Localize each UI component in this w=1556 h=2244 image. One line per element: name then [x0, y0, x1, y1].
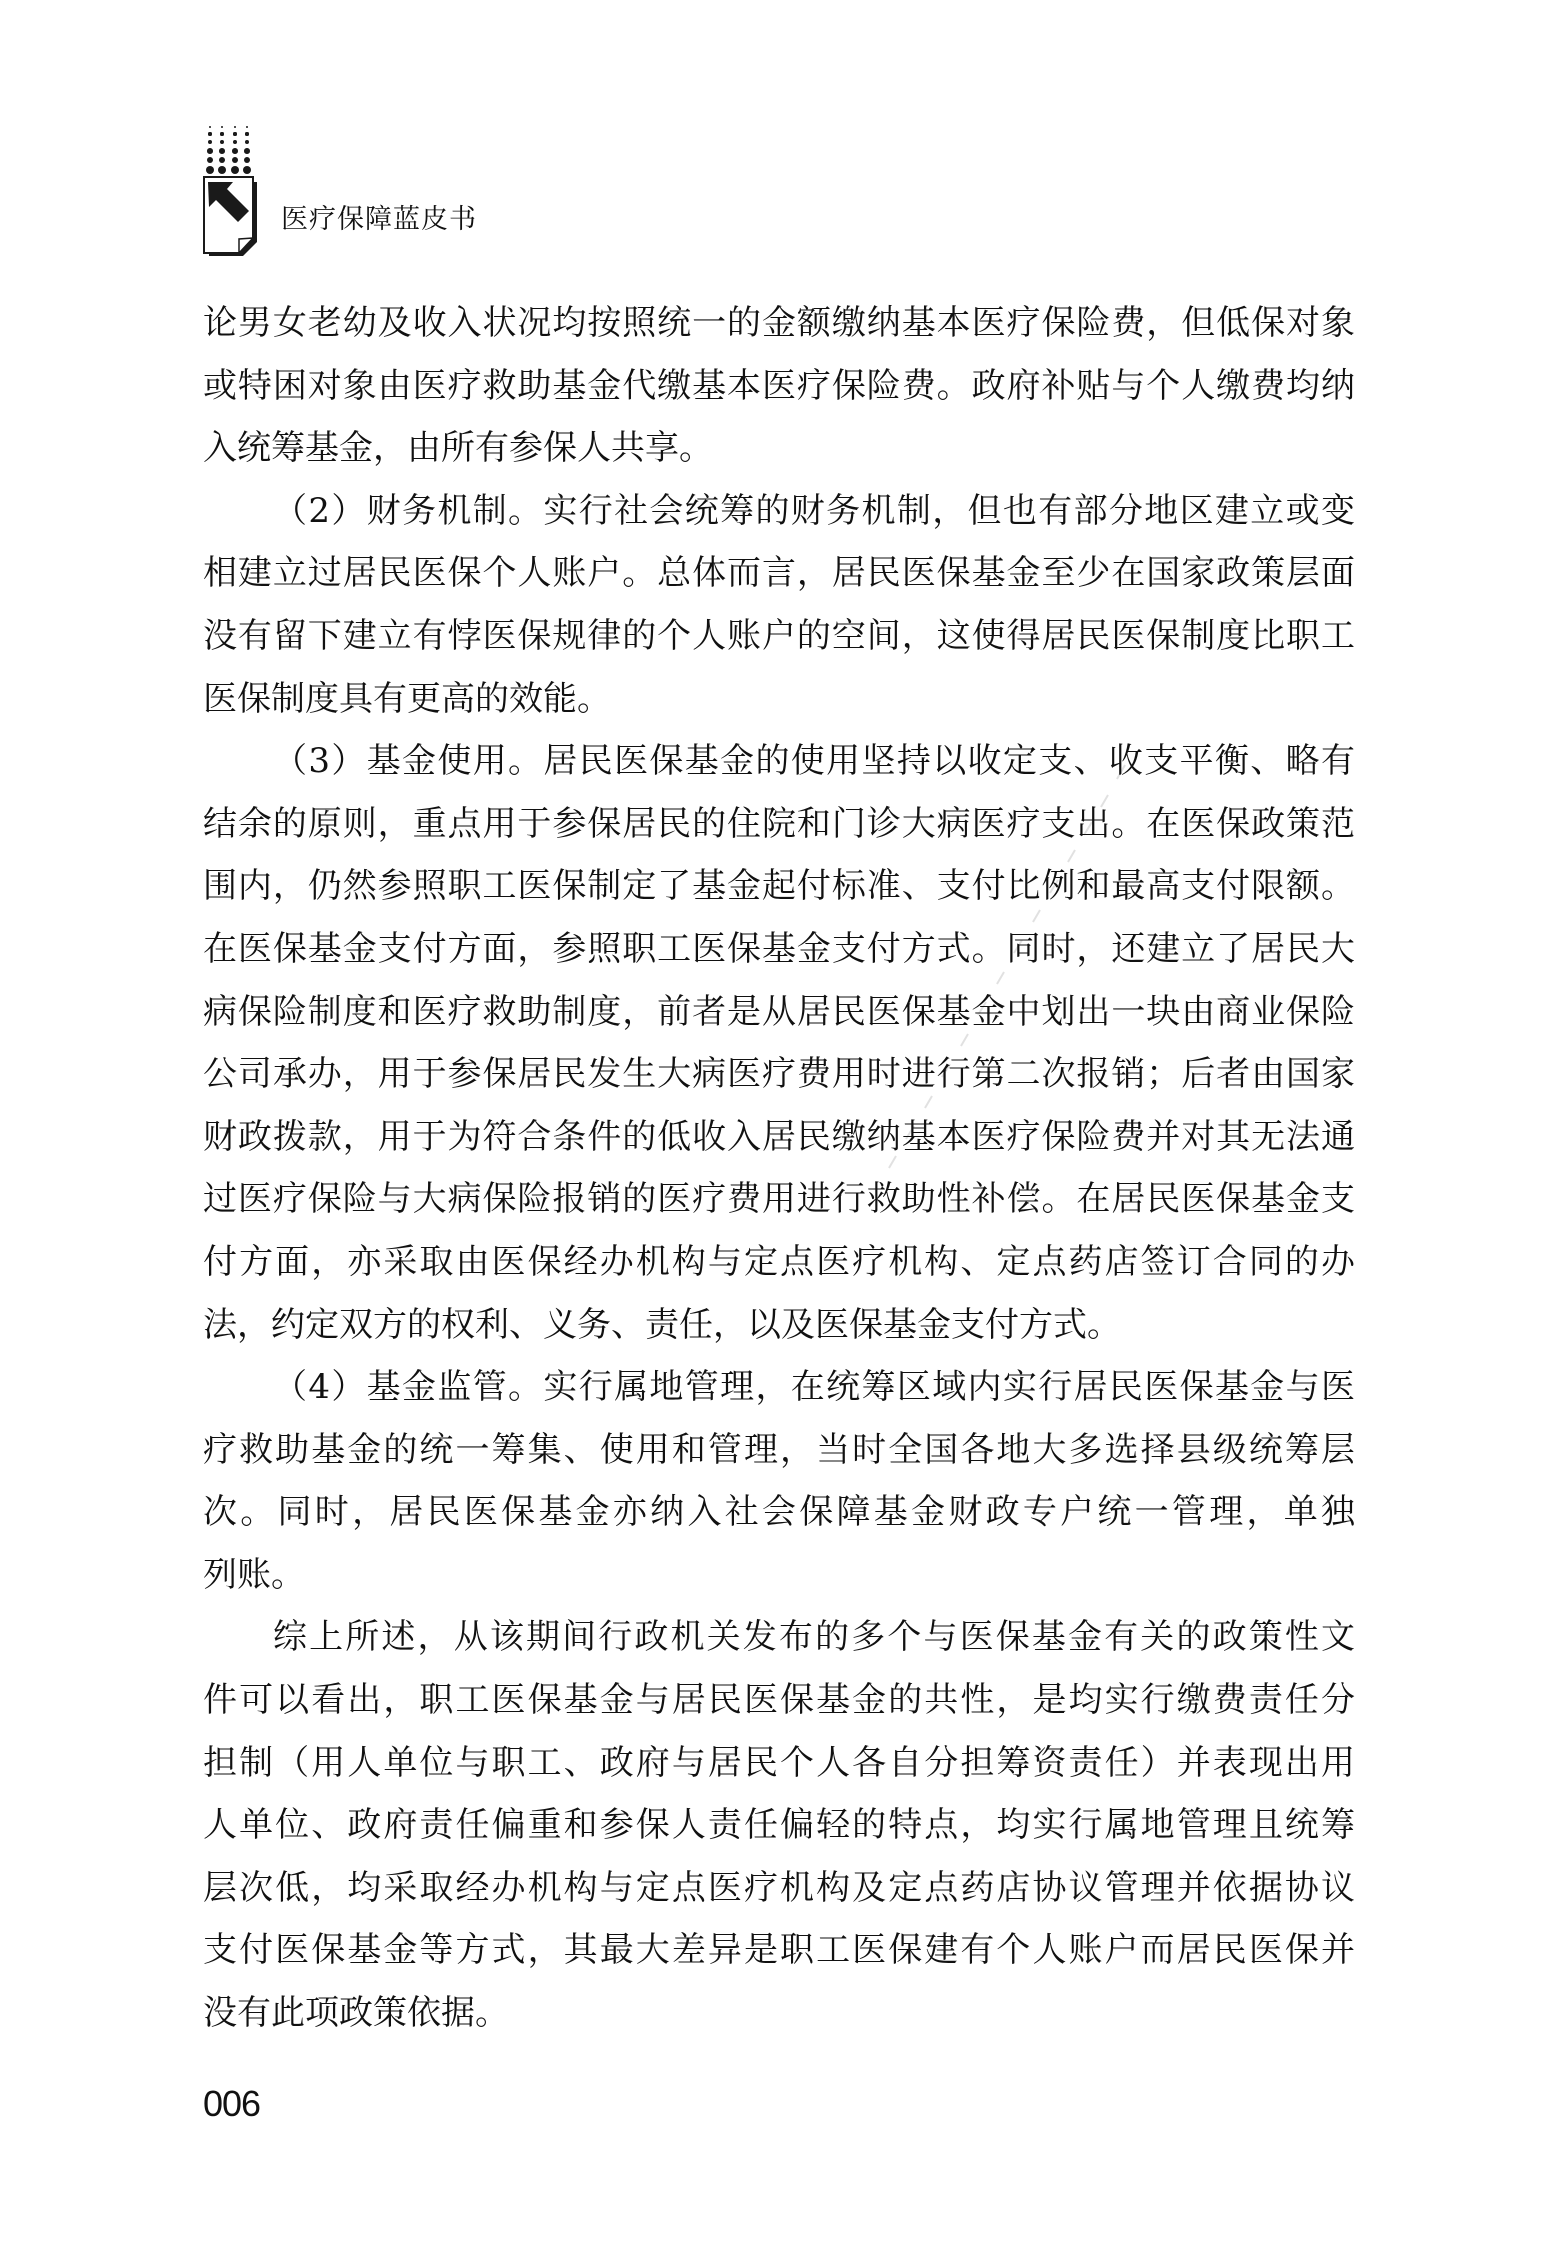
halftone-dot — [233, 140, 237, 144]
text-line: 没有留下建立有悖医保规律的个人账户的空间，这使得居民医保制度比职工 — [203, 605, 1355, 668]
halftone-dot — [219, 148, 225, 154]
text-line: 结余的原则，重点用于参保居民的住院和门诊大病医疗支出。在医保政策范 — [203, 793, 1355, 856]
text-line: 综上所述，从该期间行政机关发布的多个与医保基金有关的政策性文 — [203, 1606, 1355, 1669]
halftone-dot — [246, 126, 248, 128]
text-line: 列账。 — [203, 1544, 1355, 1607]
page-number: 006 — [203, 2084, 260, 2124]
halftone-dot — [207, 148, 213, 154]
halftone-dot — [233, 132, 236, 135]
text-line: 财政拨款，用于为符合条件的低收入居民缴纳基本医疗保险费并对其无法通 — [203, 1106, 1355, 1169]
halftone-dot — [244, 148, 250, 154]
halftone-dot — [244, 157, 251, 164]
paragraph: 论男女老幼及收入状况均按照统一的金额缴纳基本医疗保险费，但低保对象或特困对象由医… — [203, 292, 1355, 480]
halftone-dot — [221, 126, 223, 128]
text-line: 在医保基金支付方面，参照职工医保基金支付方式。同时，还建立了居民大 — [203, 918, 1355, 981]
paragraph: （3）基金使用。居民医保基金的使用坚持以收定支、收支平衡、略有结余的原则，重点用… — [203, 730, 1355, 1356]
halftone-dot — [218, 166, 226, 174]
halftone-dot — [232, 148, 238, 154]
paragraph: （2）财务机制。实行社会统筹的财务机制，但也有部分地区建立或变相建立过居民医保个… — [203, 480, 1355, 730]
halftone-dot — [245, 140, 249, 144]
halftone-dot — [220, 132, 223, 135]
text-line: 过医疗保险与大病保险报销的医疗费用进行救助性补偿。在居民医保基金支 — [203, 1168, 1355, 1231]
text-line: （4）基金监管。实行属地管理，在统筹区域内实行居民医保基金与医 — [203, 1356, 1355, 1419]
text-line: 医保制度具有更高的效能。 — [203, 668, 1355, 731]
text-line: 入统筹基金，由所有参保人共享。 — [203, 417, 1355, 480]
text-line: 或特困对象由医疗救助基金代缴基本医疗保险费。政府补贴与个人缴费均纳 — [203, 355, 1355, 418]
text-line: 论男女老幼及收入状况均按照统一的金额缴纳基本医疗保险费，但低保对象 — [203, 292, 1355, 355]
text-line: 法，约定双方的权利、义务、责任，以及医保基金支付方式。 — [203, 1294, 1355, 1357]
text-line: 付方面，亦采取由医保经办机构与定点医疗机构、定点药店签订合同的办 — [203, 1231, 1355, 1294]
text-line: 病保险制度和医疗救助制度，前者是从居民医保基金中划出一块由商业保险 — [203, 981, 1355, 1044]
halftone-dot — [208, 140, 212, 144]
text-line: 公司承办，用于参保居民发生大病医疗费用时进行第二次报销；后者由国家 — [203, 1043, 1355, 1106]
text-line: 没有此项政策依据。 — [203, 1982, 1355, 2045]
halftone-dots-icon — [203, 124, 259, 174]
text-line: 人单位、政府责任偏重和参保人责任偏轻的特点，均实行属地管理且统筹 — [203, 1794, 1355, 1857]
text-line: （3）基金使用。居民医保基金的使用坚持以收定支、收支平衡、略有 — [203, 730, 1355, 793]
halftone-dot — [207, 157, 214, 164]
body-text: 论男女老幼及收入状况均按照统一的金额缴纳基本医疗保险费，但低保对象或特困对象由医… — [203, 292, 1355, 2045]
halftone-dot — [234, 126, 236, 128]
text-line: 担制（用人单位与职工、政府与居民个人各自分担筹资责任）并表现出用 — [203, 1732, 1355, 1795]
text-line: （2）财务机制。实行社会统筹的财务机制，但也有部分地区建立或变 — [203, 480, 1355, 543]
paragraph: （4）基金监管。实行属地管理，在统筹区域内实行居民医保基金与医疗救助基金的统一筹… — [203, 1356, 1355, 1606]
halftone-dot — [232, 157, 239, 164]
series-logo — [203, 124, 259, 258]
text-line: 支付医保基金等方式，其最大差异是职工医保建有个人账户而居民医保并 — [203, 1919, 1355, 1982]
text-line: 围内，仍然参照职工医保制定了基金起付标准、支付比例和最高支付限额。 — [203, 855, 1355, 918]
text-line: 相建立过居民医保个人账户。总体而言，居民医保基金至少在国家政策层面 — [203, 542, 1355, 605]
halftone-dot — [243, 166, 251, 174]
book-page: 医疗保障蓝皮书 论男女老幼及收入状况均按照统一的金额缴纳基本医疗保险费，但低保对… — [0, 0, 1556, 2244]
book-series-title: 医疗保障蓝皮书 — [281, 204, 477, 236]
halftone-dot — [220, 140, 224, 144]
text-line: 层次低，均采取经办机构与定点医疗机构及定点药店协议管理并依据协议 — [203, 1857, 1355, 1920]
halftone-dot — [245, 132, 248, 135]
text-line: 疗救助基金的统一筹集、使用和管理，当时全国各地大多选择县级统筹层 — [203, 1419, 1355, 1482]
document-arrow-logo-icon — [203, 176, 259, 258]
halftone-dot — [206, 166, 214, 174]
halftone-dot — [231, 166, 239, 174]
text-line: 次。同时，居民医保基金亦纳入社会保障基金财政专户统一管理，单独 — [203, 1481, 1355, 1544]
paragraph: 综上所述，从该期间行政机关发布的多个与医保基金有关的政策性文件可以看出，职工医保… — [203, 1606, 1355, 2044]
text-line: 件可以看出，职工医保基金与居民医保基金的共性，是均实行缴费责任分 — [203, 1669, 1355, 1732]
halftone-dot — [208, 132, 211, 135]
halftone-dot — [209, 126, 211, 128]
halftone-dot — [219, 157, 226, 164]
